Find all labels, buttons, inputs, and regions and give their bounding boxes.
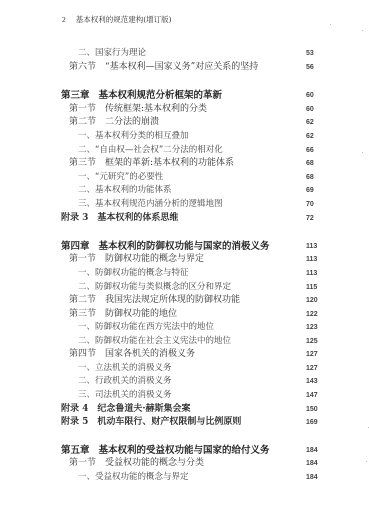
toc-entry-label: 二、国家行为理论	[78, 47, 146, 60]
toc-entry-page: 60	[306, 89, 314, 102]
toc-entry-chapter: 第五章基本权利的受益权功能与国家的给付义务184	[0, 444, 369, 457]
toc-entry-page: 62	[306, 130, 314, 143]
toc-entry-title: 二、防御权功能与类似概念的区分和界定	[78, 281, 231, 294]
toc-entry-number: 第二节	[69, 116, 96, 129]
toc-entry-label: 第四章基本权利的防御权功能与国家的消极义务	[61, 240, 270, 253]
toc-entry-title: 一、立法机关的消极义务	[78, 362, 172, 375]
page-number: 2	[62, 15, 66, 24]
toc-entry-number: 第一节	[69, 457, 96, 470]
toc-entry-page: 184	[306, 444, 318, 457]
toc-entry-sub: 一、防御权功能在西方宪法中的地位123	[0, 321, 369, 334]
toc-entry-label: 二、防御权功能在社会主义宪法中的地位	[78, 335, 231, 348]
toc-entry-sub: 二、“自由权—社会权”二分法的相对化66	[0, 144, 369, 157]
toc-entry-page: 122	[306, 308, 318, 321]
toc-entry-appendix: 附录 4纪念鲁道夫·赫斯集会案150	[0, 403, 369, 416]
toc-entry-title: 一、基本权利分类的相互叠加	[78, 130, 189, 143]
toc-entry-label: 第三节框架的革新:基本权利的功能体系	[69, 157, 234, 170]
toc-entry-title: 一、受益权功能的概念与界定	[78, 471, 189, 484]
toc-entry-label: 第三节防御权功能的地位	[69, 308, 177, 321]
toc-entry-label: 一、受益权功能的概念与界定	[78, 471, 189, 484]
scan-speck	[366, 461, 367, 462]
toc-entry-label: 第三章基本权利规范分析框架的革新	[61, 89, 222, 102]
toc-entry-page: 69	[306, 184, 314, 197]
toc-entry-section: 第三节防御权功能的地位122	[0, 308, 369, 321]
toc-entry-number: 第三章	[61, 89, 90, 102]
toc-entry-label: 附录 4纪念鲁道夫·赫斯集会案	[61, 403, 191, 416]
toc-entry-page: 72	[306, 212, 314, 225]
toc-entry-title: 机动车限行、财产权限制与比例原则	[97, 416, 241, 429]
toc-entry-title: 三、司法机关的消极义务	[78, 389, 172, 402]
toc-entry-label: 第五章基本权利的受益权功能与国家的给付义务	[61, 444, 270, 457]
toc-entry-chapter: 第三章基本权利规范分析框架的革新60	[0, 89, 369, 102]
toc-entry-page: 113	[306, 240, 317, 253]
toc-entry-page: 184	[306, 471, 318, 484]
toc-entry-sub: 一、受益权功能的概念与界定184	[0, 471, 369, 484]
toc-entry-number: 附录 5	[61, 416, 88, 429]
toc-entry-section: 第六节“基本权利—国家义务”对应关系的坚持56	[0, 61, 369, 74]
toc-entry-title: 一、“元研究”的必要性	[78, 171, 163, 184]
toc-entry-title: 我国宪法规定所体现的防御权功能	[105, 294, 240, 307]
toc-entry-label: 二、“自由权—社会权”二分法的相对化	[78, 144, 223, 157]
toc-entry-label: 一、防御权功能在西方宪法中的地位	[78, 321, 214, 334]
toc-entry-sub: 二、国家行为理论53	[0, 47, 369, 60]
scan-speck	[330, 24, 331, 25]
toc-entry-sub: 一、防御权功能的概念与特征113	[0, 267, 369, 280]
toc-entry-title: 三、基本权利规范内涵分析的逻辑地图	[78, 198, 223, 211]
toc-entry-title: 基本权利的体系思维	[97, 212, 178, 225]
toc-entry-title: 基本权利的防御权功能与国家的消极义务	[99, 240, 270, 253]
toc-entry-sub: 二、防御权功能与类似概念的区分和界定115	[0, 281, 369, 294]
toc-entry-label: 第一节受益权功能的概念与分类	[69, 457, 204, 470]
toc-entry-number: 附录 3	[61, 212, 88, 225]
toc-entry-page: 66	[306, 144, 314, 157]
scan-speck	[362, 30, 363, 31]
toc-entry-section: 第一节防御权功能的概念与界定113	[0, 253, 369, 266]
toc-entry-page: 147	[306, 389, 318, 402]
toc-entry-label: 一、基本权利分类的相互叠加	[78, 130, 189, 143]
toc-entry-page: 143	[306, 375, 318, 388]
toc-entry-label: 一、立法机关的消极义务	[78, 362, 172, 375]
toc-entry-title: 传统框架:基本权利的分类	[105, 103, 207, 116]
toc-entry-page: 68	[306, 157, 314, 170]
toc-entry-number: 第三节	[69, 157, 96, 170]
toc-entry-page: 169	[306, 416, 318, 429]
toc-entry-page: 123	[306, 321, 318, 334]
toc-entry-section: 第三节框架的革新:基本权利的功能体系68	[0, 157, 369, 170]
toc-entry-sub: 二、基本权利的功能体系69	[0, 184, 369, 197]
toc-entry-page: 127	[306, 362, 318, 375]
toc-entry-sub: 一、“元研究”的必要性68	[0, 171, 369, 184]
toc-entry-title: 基本权利规范分析框架的革新	[99, 89, 223, 102]
toc-entry-title: 二、基本权利的功能体系	[78, 184, 172, 197]
toc-entry-sub: 三、司法机关的消极义务147	[0, 389, 369, 402]
toc-entry-section: 第一节受益权功能的概念与分类184	[0, 457, 369, 470]
toc-entry-page: 113	[306, 267, 317, 280]
toc-entry-title: 二、国家行为理论	[78, 47, 146, 60]
toc-entry-page: 70	[306, 198, 314, 211]
toc-entry-sub: 三、基本权利规范内涵分析的逻辑地图70	[0, 198, 369, 211]
toc-entry-label: 二、行政机关的消极义务	[78, 375, 172, 388]
toc-entry-label: 第六节“基本权利—国家义务”对应关系的坚持	[69, 61, 258, 74]
toc-entry-page: 113	[306, 253, 317, 266]
toc-entry-number: 第三节	[69, 308, 96, 321]
toc-entry-title: 受益权功能的概念与分类	[105, 457, 204, 470]
toc-entry-title: 纪念鲁道夫·赫斯集会案	[97, 403, 190, 416]
toc-entry-section: 第四节国家各机关的消极义务127	[0, 348, 369, 361]
toc-entry-page: 127	[306, 348, 318, 361]
toc-entry-label: 三、司法机关的消极义务	[78, 389, 172, 402]
toc-entry-label: 三、基本权利规范内涵分析的逻辑地图	[78, 198, 223, 211]
toc-entry-section: 第二节我国宪法规定所体现的防御权功能120	[0, 294, 369, 307]
toc-entry-label: 二、防御权功能与类似概念的区分和界定	[78, 281, 231, 294]
toc-entry-number: 第一节	[69, 253, 96, 266]
toc-entry-label: 一、“元研究”的必要性	[78, 171, 163, 184]
toc-entry-page: 53	[306, 47, 314, 60]
scan-speck	[362, 152, 363, 153]
toc-entry-sub: 一、立法机关的消极义务127	[0, 362, 369, 375]
toc-entry-label: 第二节二分法的崩溃	[69, 116, 159, 129]
toc-entry-page: 68	[306, 171, 314, 184]
toc-entry-title: 二、行政机关的消极义务	[78, 375, 172, 388]
toc-entry-appendix: 附录 3基本权利的体系思维72	[0, 212, 369, 225]
toc-entry-page: 184	[306, 457, 318, 470]
toc-entry-title: 二分法的崩溃	[105, 116, 159, 129]
toc-entry-label: 一、防御权功能的概念与特征	[78, 267, 189, 280]
toc-entry-page: 115	[306, 281, 317, 294]
toc-entry-title: 二、防御权功能在社会主义宪法中的地位	[78, 335, 231, 348]
toc-entry-label: 附录 5机动车限行、财产权限制与比例原则	[61, 416, 241, 429]
toc-entry-number: 附录 4	[61, 403, 88, 416]
toc-entry-page: 62	[306, 116, 314, 129]
toc-entry-page: 150	[306, 403, 318, 416]
toc-entry-title: 一、防御权功能在西方宪法中的地位	[78, 321, 214, 334]
toc-entry-title: 框架的革新:基本权利的功能体系	[105, 157, 234, 170]
toc-entry-sub: 二、防御权功能在社会主义宪法中的地位125	[0, 335, 369, 348]
toc-entry-page: 120	[306, 294, 318, 307]
toc-entry-label: 第二节我国宪法规定所体现的防御权功能	[69, 294, 240, 307]
toc-entry-section: 第一节传统框架:基本权利的分类60	[0, 103, 369, 116]
toc-entry-title: 一、防御权功能的概念与特征	[78, 267, 189, 280]
toc-entry-number: 第一节	[69, 103, 96, 116]
toc-entry-number: 第六节	[69, 61, 96, 74]
toc-entry-page: 56	[306, 61, 314, 74]
toc-entry-title: 基本权利的受益权功能与国家的给付义务	[99, 444, 270, 457]
toc-entry-sub: 二、行政机关的消极义务143	[0, 375, 369, 388]
toc-entry-label: 第一节防御权功能的概念与界定	[69, 253, 204, 266]
toc-entry-number: 第二节	[69, 294, 96, 307]
toc-entry-page: 125	[306, 335, 318, 348]
toc-entry-label: 第四节国家各机关的消极义务	[69, 348, 195, 361]
toc-entry-number: 第四节	[69, 348, 96, 361]
toc-entry-label: 二、基本权利的功能体系	[78, 184, 172, 197]
toc-entry-number: 第五章	[61, 444, 90, 457]
toc-entry-title: 国家各机关的消极义务	[105, 348, 195, 361]
toc-entry-chapter: 第四章基本权利的防御权功能与国家的消极义务113	[0, 240, 369, 253]
toc-entry-appendix: 附录 5机动车限行、财产权限制与比例原则169	[0, 416, 369, 429]
toc-entry-title: 防御权功能的地位	[105, 308, 177, 321]
toc-entry-title: “基本权利—国家义务”对应关系的坚持	[105, 61, 258, 74]
toc-entry-title: 二、“自由权—社会权”二分法的相对化	[78, 144, 223, 157]
toc-entry-label: 第一节传统框架:基本权利的分类	[69, 103, 207, 116]
running-head: 2 基本权利的规范建构(增订版)	[62, 14, 172, 25]
toc-entry-sub: 一、基本权利分类的相互叠加62	[0, 130, 369, 143]
toc-entry-section: 第二节二分法的崩溃62	[0, 116, 369, 129]
toc-entry-title: 防御权功能的概念与界定	[105, 253, 204, 266]
toc-entry-label: 附录 3基本权利的体系思维	[61, 212, 178, 225]
toc-entry-number: 第四章	[61, 240, 90, 253]
toc-entry-page: 60	[306, 103, 314, 116]
book-title: 基本权利的规范建构(增订版)	[76, 14, 172, 25]
